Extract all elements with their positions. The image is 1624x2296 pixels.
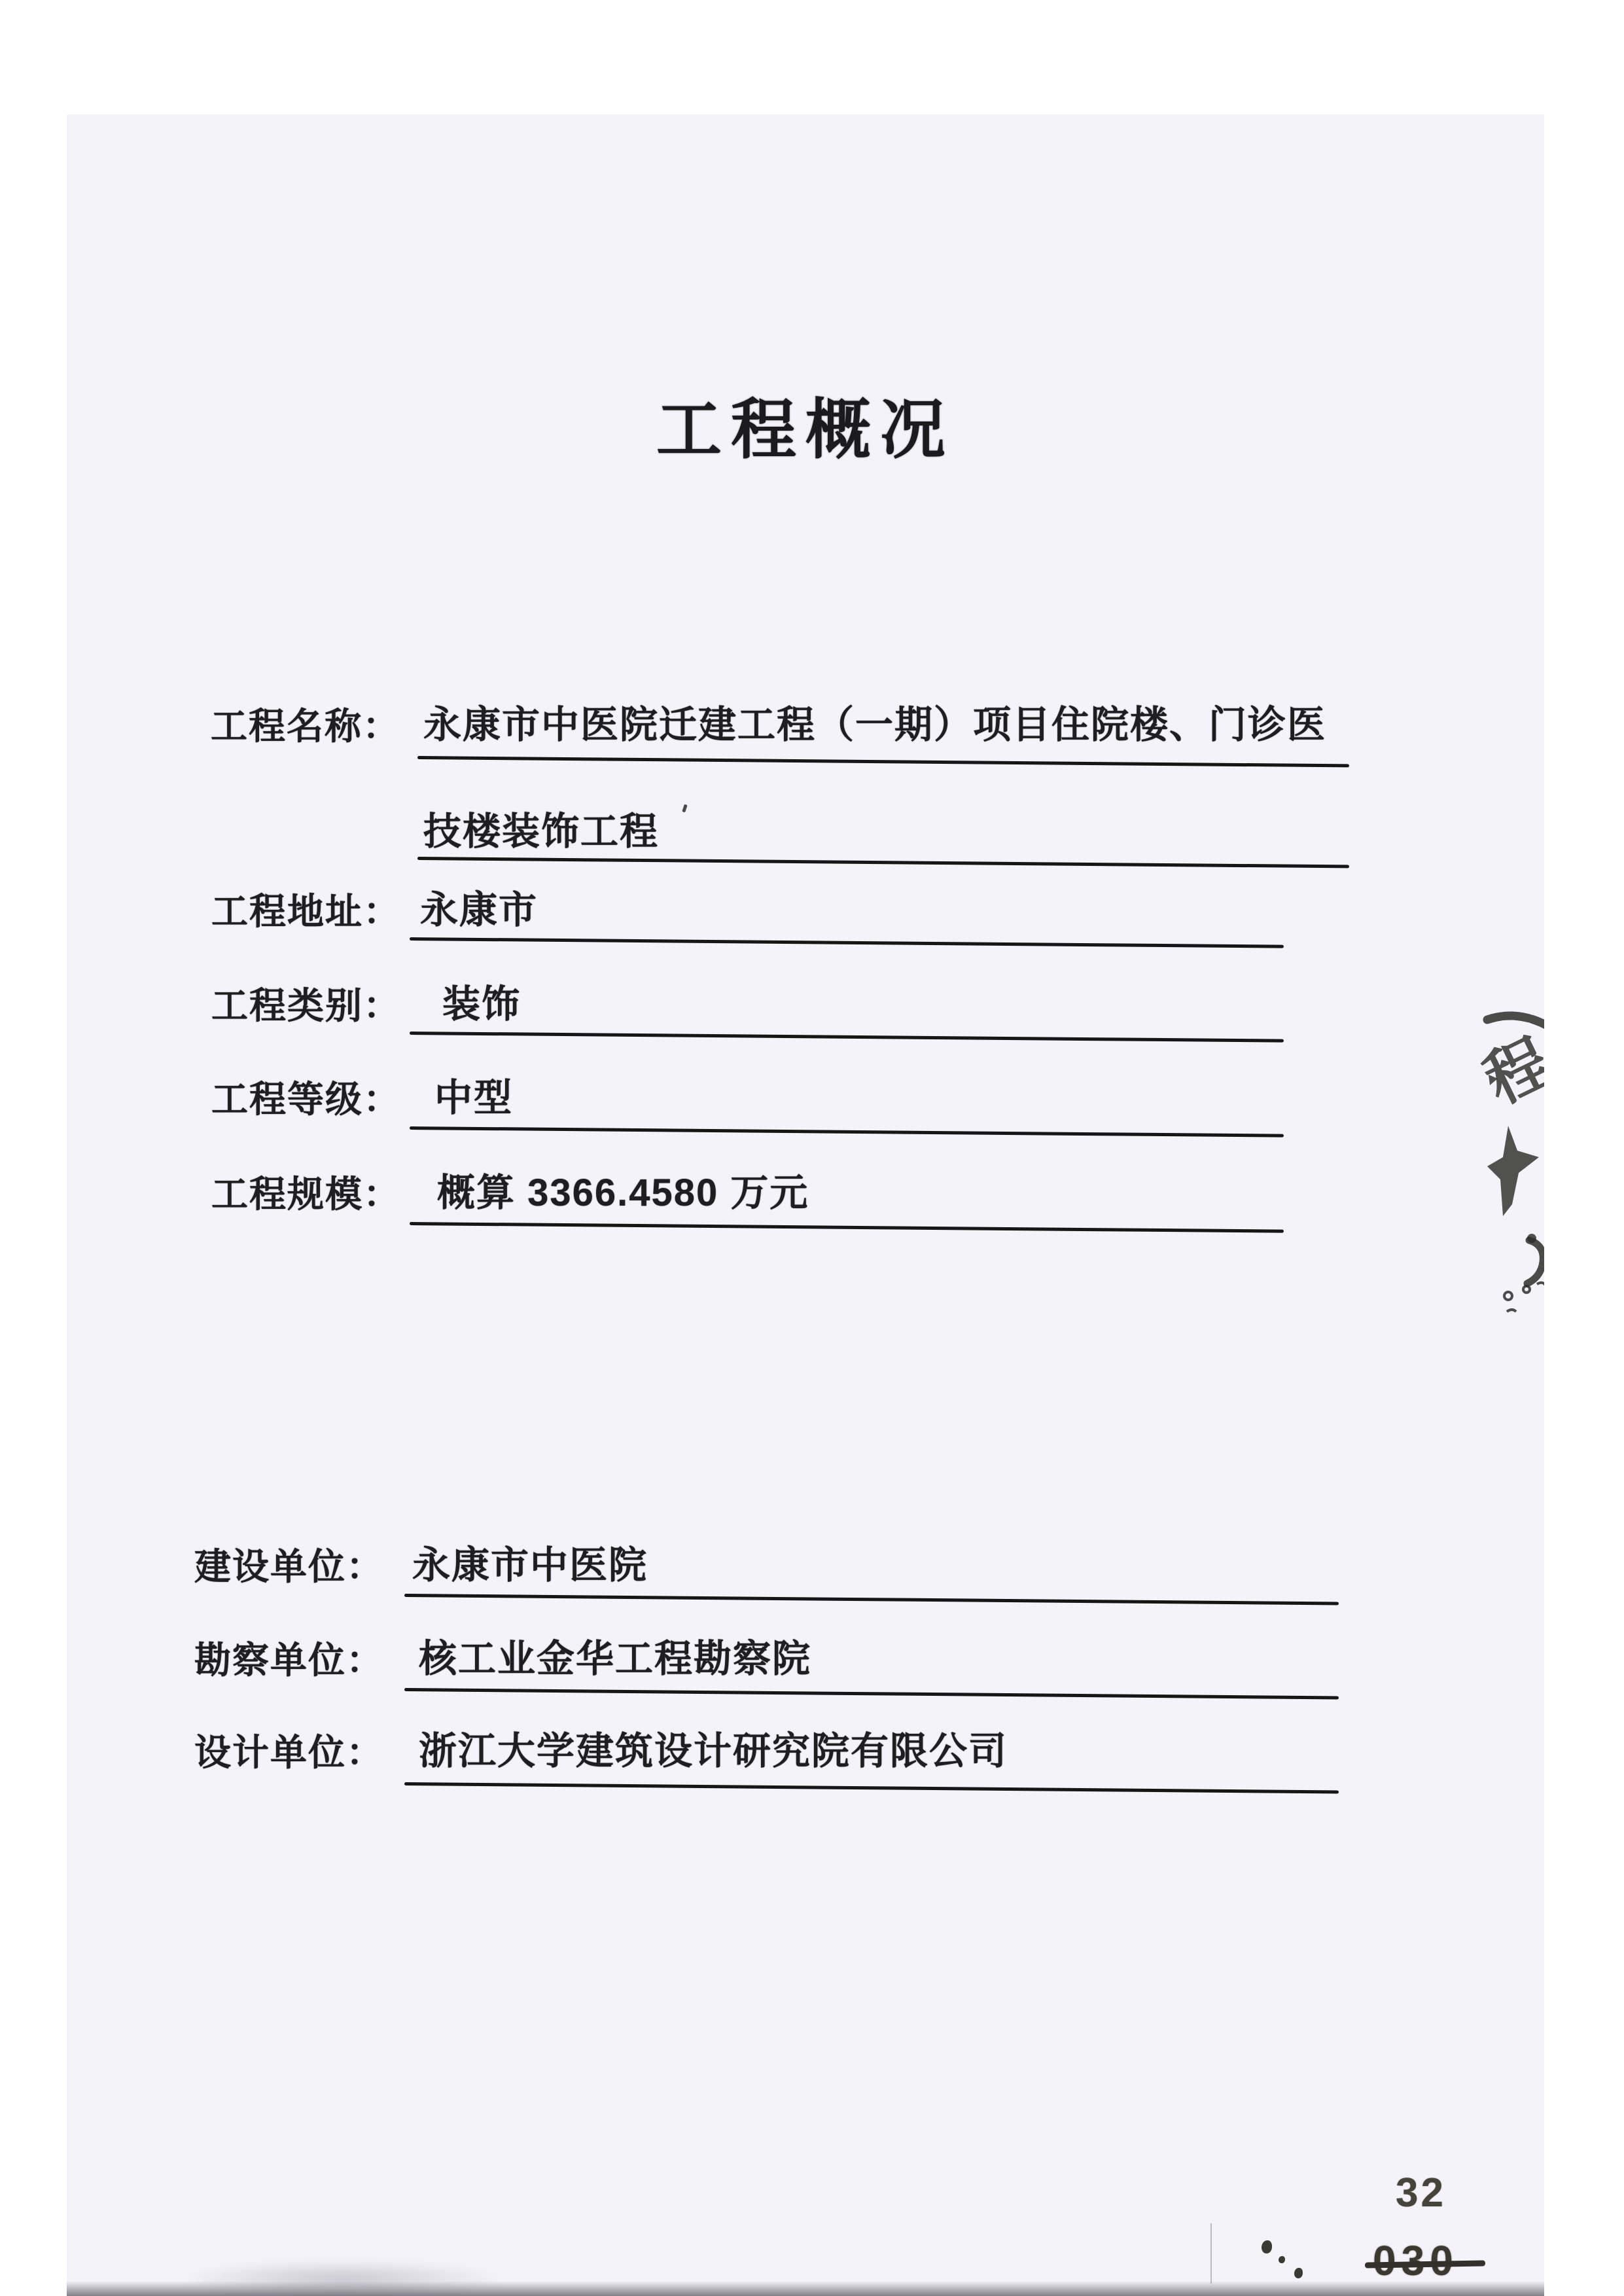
ink-speck <box>682 804 687 813</box>
seal-speck-circle1 <box>1504 1292 1512 1300</box>
field-value-project-address: 永康市 <box>420 891 538 931</box>
seal-speck-curve <box>1537 1283 1544 1287</box>
field-label-project-grade: 工程等级： <box>211 1081 401 1119</box>
scan-background: 工程概况 工程名称： 永康市中医院迁建工程（一期）项目住院楼、门诊医 技楼装饰工… <box>0 0 1624 2296</box>
underline-survey-unit <box>404 1688 1339 1699</box>
page-title: 工程概况 <box>67 396 1544 465</box>
old-page-number-strike <box>1365 2260 1485 2268</box>
scan-scratch-line <box>1210 2223 1212 2284</box>
scan-shadow-bottom-edge <box>67 2281 1544 2296</box>
field-label-construction-unit: 建设单位： <box>194 1548 384 1587</box>
field-label-project-name: 工程名称： <box>211 708 400 746</box>
underline-project-category <box>410 1031 1284 1043</box>
field-value-project-scale: 概算 3366.4580 万元 <box>437 1174 809 1213</box>
field-value-project-grade: 中型 <box>434 1079 513 1119</box>
underline-design-unit <box>404 1782 1339 1793</box>
seal-star-blob <box>1487 1126 1539 1216</box>
ink-dot <box>1262 2240 1272 2253</box>
seal-dot <box>1527 1234 1536 1243</box>
field-value-project-name-line2: 技楼装饰工程 <box>423 812 659 852</box>
underline-project-address <box>410 937 1284 948</box>
field-label-design-unit: 设计单位： <box>194 1734 384 1772</box>
ink-dot <box>1294 2268 1303 2278</box>
underline-project-grade <box>410 1126 1284 1138</box>
ink-dot <box>1279 2256 1285 2263</box>
seal-speck-comma <box>1507 1310 1516 1312</box>
field-label-project-scale: 工程规模： <box>211 1175 401 1214</box>
underline-project-scale <box>410 1222 1284 1233</box>
seal-speck-circle2 <box>1523 1286 1530 1293</box>
seal-character: 程 <box>1474 1026 1544 1117</box>
underline-project-name-line2 <box>417 857 1349 868</box>
field-label-project-category: 工程类别： <box>211 987 401 1026</box>
field-label-project-address: 工程地址： <box>211 893 401 931</box>
field-label-survey-unit: 勘察单位： <box>194 1641 384 1680</box>
underline-project-name-line1 <box>417 756 1349 767</box>
seal-rim-arc <box>1487 1016 1544 1029</box>
field-value-design-unit: 浙江大学建筑设计研究院有限公司 <box>419 1732 1008 1772</box>
page-number: 32 <box>1396 2172 1446 2214</box>
underline-construction-unit <box>404 1594 1339 1605</box>
partial-seal-stamp: 程 <box>1469 1008 1544 1322</box>
field-value-construction-unit: 永康市中医院 <box>412 1546 648 1586</box>
seal-graphic: 程 <box>1469 1008 1544 1322</box>
field-value-project-name-line1: 永康市中医院迁建工程（一期）项目住院楼、门诊医 <box>423 706 1326 745</box>
document-page: 工程概况 工程名称： 永康市中医院迁建工程（一期）项目住院楼、门诊医 技楼装饰工… <box>67 115 1544 2296</box>
field-value-project-category: 装饰 <box>442 985 521 1025</box>
seal-hook-stroke <box>1527 1240 1543 1283</box>
field-value-survey-unit: 核工业金华工程勘察院 <box>419 1640 811 1679</box>
